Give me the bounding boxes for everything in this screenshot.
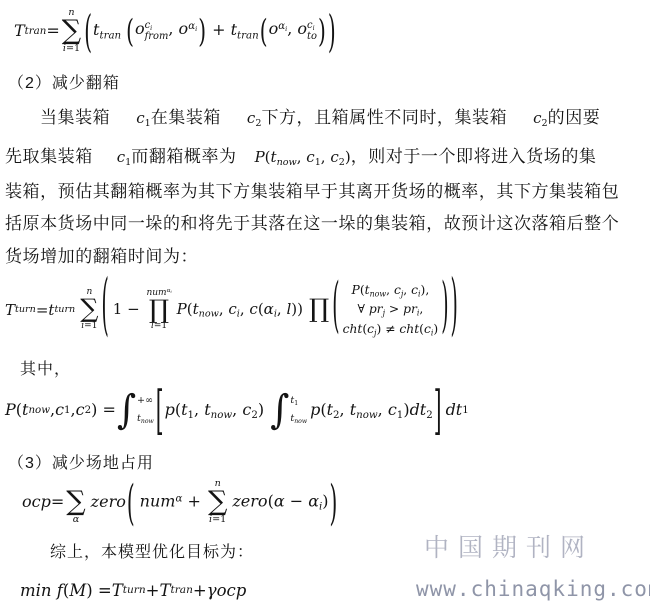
- formula-p-integral: P(tnow, c1, c2) = ∫+∞tnow[p(t1, tnow, c2…: [5, 383, 469, 437]
- paragraph-line-4: 括原本货场中同一垛的和将先于其落在这一垛的集装箱，故预计这次落箱后整个: [5, 209, 619, 231]
- formula-t-turn: Tturn = tturnn∑i=1(1 − numαi∏l=1P(tnow, …: [5, 269, 459, 351]
- paragraph-line-3: 装箱，预估其翻箱概率为其下方集装箱早于其离开货场的概率，其下方集装箱包: [5, 177, 619, 199]
- paragraph-line-2: 先取集装箱c1而翻箱概率为P(tnow, c1, c2)，则对于一个即将进入货场…: [5, 142, 596, 164]
- among-label: 其中，: [20, 356, 71, 379]
- section-heading-reduce-reshuffle: （2）减少翻箱: [8, 70, 120, 93]
- paragraph-line-1: 当集装箱c1在集装箱c2下方，且箱属性不同时，集装箱c2的因要: [40, 103, 600, 125]
- watermark-url: www.chinaqking.com: [416, 577, 650, 601]
- watermark-title: 中国期刊网: [424, 528, 594, 564]
- paragraph-line-5: 货场增加的翻箱时间为：: [5, 242, 198, 264]
- summary-label: 综上，本模型优化目标为：: [50, 539, 254, 562]
- formula-t-tran: Ttran = n∑i=1(ttran(ocifrom, oαi) + ttra…: [14, 2, 337, 60]
- section-heading-reduce-space: （3）减少场地占用: [8, 450, 154, 473]
- formula-ocp: ocp = ∑αzero(numα + n∑i=1zero(α − αi)): [22, 473, 338, 531]
- formula-min-f: min f (M) = Tturn + Ttran + γocp: [20, 577, 246, 605]
- document-page: Ttran = n∑i=1(ttran(ocifrom, oαi) + ttra…: [0, 0, 650, 612]
